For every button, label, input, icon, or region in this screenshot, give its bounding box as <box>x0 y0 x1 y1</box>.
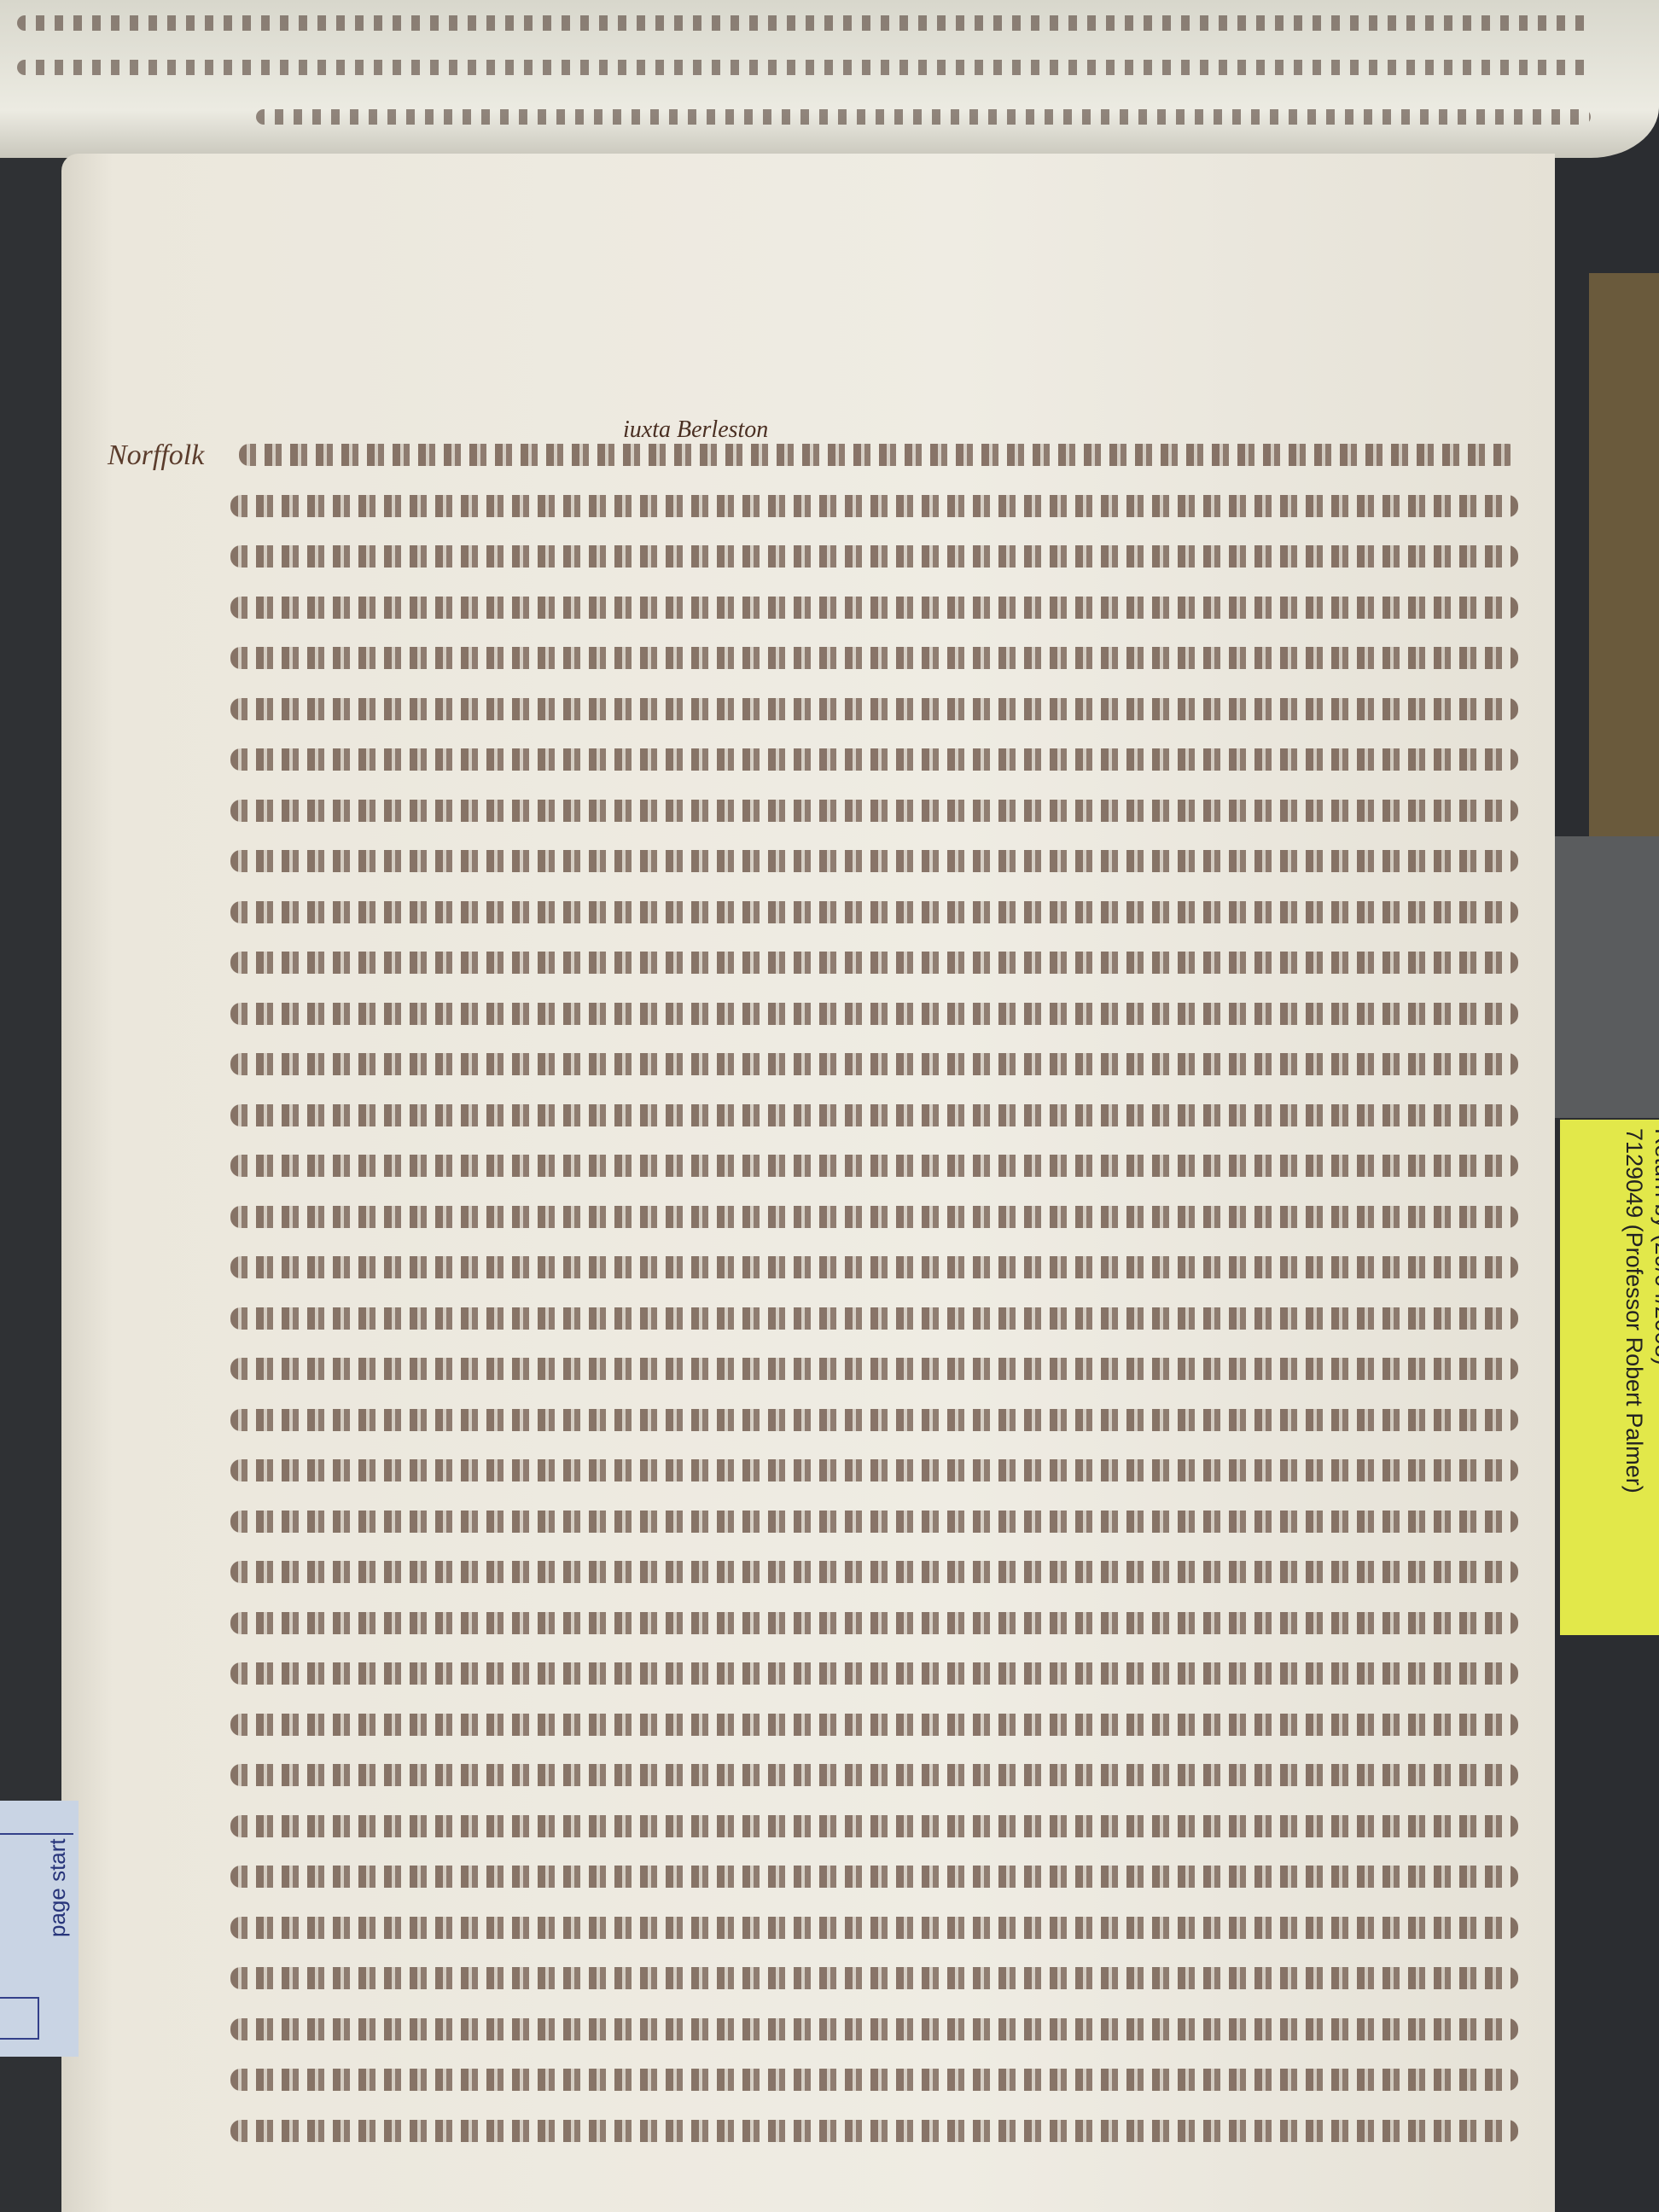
script-line <box>230 1866 1518 1888</box>
return-label: CP 40/727 Return by (29/04/2008) 7129049… <box>1560 1120 1659 1635</box>
script-line <box>230 1967 1518 1989</box>
script-line <box>230 748 1518 771</box>
script-line <box>230 1104 1518 1126</box>
script-line <box>230 850 1518 872</box>
slip-rule <box>0 1833 73 1835</box>
label-return-date: Return by (29/04/2008) <box>1649 1128 1659 1493</box>
script-line <box>230 1206 1518 1228</box>
script-line <box>17 15 1591 31</box>
label-requester: 7129049 (Professor Robert Palmer) <box>1620 1128 1649 1493</box>
script-line <box>230 1511 1518 1533</box>
script-line <box>230 545 1518 568</box>
script-line <box>230 698 1518 720</box>
script-line <box>230 1256 1518 1278</box>
script-line <box>230 901 1518 923</box>
script-line <box>230 1714 1518 1736</box>
script-line <box>230 1662 1518 1685</box>
script-line <box>230 1917 1518 1939</box>
script-line <box>230 597 1518 619</box>
script-line <box>230 2018 1518 2040</box>
script-line <box>230 1764 1518 1786</box>
script-line <box>230 647 1518 669</box>
script-line <box>230 1409 1518 1431</box>
slip-checkbox <box>0 1997 39 2040</box>
script-line <box>230 1612 1518 1634</box>
script-line <box>256 109 1591 125</box>
script-line <box>230 1155 1518 1177</box>
rolled-membrane-top <box>0 0 1659 158</box>
margin-note: Norffolk <box>108 439 204 472</box>
script-line <box>230 2120 1518 2142</box>
script-line <box>230 1561 1518 1583</box>
script-line <box>230 1358 1518 1380</box>
grey-panel <box>1553 836 1659 1118</box>
script-line <box>230 1459 1518 1481</box>
script-line <box>230 800 1518 822</box>
label-text: CP 40/727 Return by (29/04/2008) 7129049… <box>1620 1128 1659 1493</box>
script-line <box>230 2069 1518 2091</box>
script-line <box>230 1307 1518 1330</box>
script-line <box>230 1815 1518 1837</box>
script-line <box>17 60 1591 75</box>
script-line <box>230 952 1518 974</box>
script-line <box>230 1053 1518 1075</box>
interlinear-note: iuxta Berleston <box>623 416 768 444</box>
wooden-frame <box>1589 273 1659 853</box>
script-line <box>230 1003 1518 1025</box>
script-line <box>230 495 1518 517</box>
slip-text: page start <box>44 1838 71 1937</box>
script-line <box>239 444 1518 466</box>
